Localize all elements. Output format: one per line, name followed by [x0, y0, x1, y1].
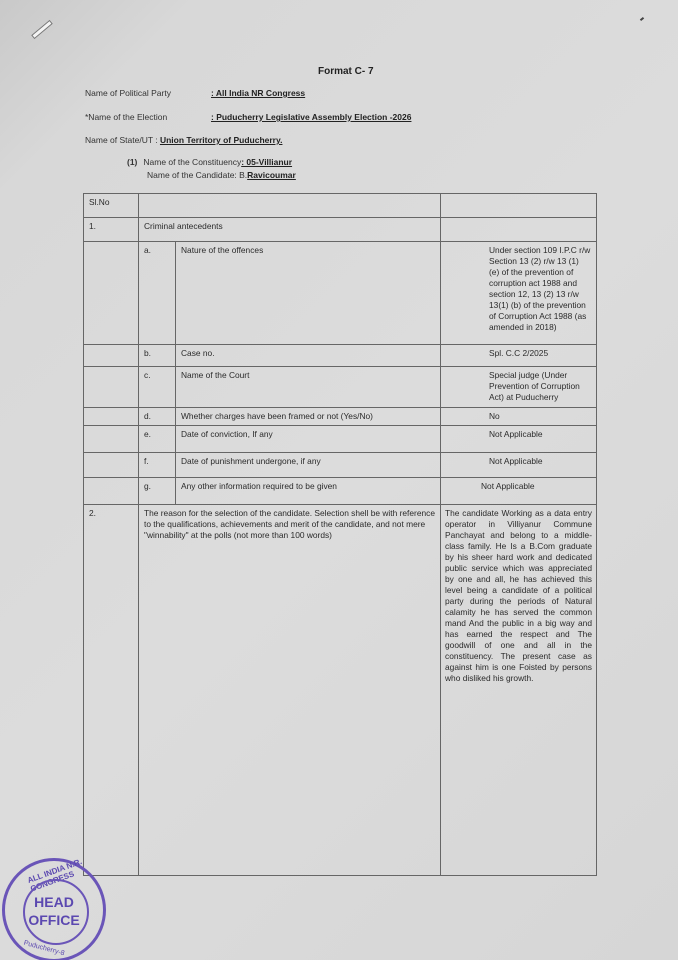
- row-label: Case no.: [176, 345, 441, 367]
- section2-row: 2. The reason for the selection of the c…: [84, 505, 597, 876]
- constituency-line: (1)Name of the Constituency: 05-Villianu…: [127, 157, 292, 167]
- row-key: b.: [139, 345, 176, 367]
- row-key: f.: [139, 453, 176, 478]
- constituency-number: (1): [127, 157, 137, 167]
- empty-cell: [84, 345, 139, 367]
- section1-number: 1.: [84, 218, 139, 242]
- head-office-stamp: ALL INDIA N.R. CONGRESS HEAD OFFICE Pudu…: [2, 858, 106, 960]
- section2-question: The reason for the selection of the cand…: [139, 505, 441, 876]
- candidate-value: Ravicoumar: [247, 170, 296, 180]
- empty-cell: [84, 478, 139, 505]
- row-value: Not Applicable: [441, 453, 597, 478]
- row-label: Date of conviction, If any: [176, 426, 441, 453]
- table-row: a. Nature of the offences Under section …: [84, 242, 597, 345]
- table-header-row: Sl.No: [84, 194, 597, 218]
- criminal-antecedents-table: Sl.No 1. Criminal antecedents a. Nature …: [83, 193, 597, 876]
- row-value: No: [441, 408, 597, 426]
- state-value: Union Territory of Puducherry.: [160, 135, 282, 145]
- state-line: Name of State/UT : Union Territory of Pu…: [85, 135, 282, 145]
- row-label: Whether charges have been framed or not …: [176, 408, 441, 426]
- section2-number: 2.: [84, 505, 139, 876]
- constituency-label: Name of the Constituency: [143, 157, 241, 167]
- row-key: g.: [139, 478, 176, 505]
- state-label: Name of State/UT :: [85, 135, 160, 145]
- election-value: : Puducherry Legislative Assembly Electi…: [211, 112, 411, 122]
- stamp-line2: OFFICE: [5, 912, 103, 928]
- empty-cell: [84, 453, 139, 478]
- section2-answer: The candidate Working as a data entry op…: [441, 505, 597, 876]
- row-value: Not Applicable: [441, 426, 597, 453]
- empty-cell: [84, 367, 139, 408]
- candidate-label: Name of the Candidate: B.: [147, 170, 247, 180]
- party-line: Name of Political Party: All India NR Co…: [85, 88, 305, 98]
- row-value: Under section 109 I.P.C r/w Section 13 (…: [441, 242, 597, 345]
- staple-mark: [31, 20, 53, 39]
- row-value: Special judge (Under Prevention of Corru…: [441, 367, 597, 408]
- election-line: *Name of the Election: Puducherry Legisl…: [85, 112, 411, 122]
- section1-blank: [441, 218, 597, 242]
- party-value: : All India NR Congress: [211, 88, 305, 98]
- paper-speck: [640, 17, 644, 21]
- header-blank-1: [139, 194, 441, 218]
- table-row: d. Whether charges have been framed or n…: [84, 408, 597, 426]
- election-label: *Name of the Election: [85, 112, 211, 122]
- candidate-line: Name of the Candidate: B.Ravicoumar: [147, 170, 296, 180]
- empty-cell: [84, 242, 139, 345]
- row-key: c.: [139, 367, 176, 408]
- party-label: Name of Political Party: [85, 88, 211, 98]
- section1-title: Criminal antecedents: [139, 218, 441, 242]
- form-title: Format C- 7: [318, 66, 374, 77]
- table-row: b. Case no. Spl. C.C 2/2025: [84, 345, 597, 367]
- row-key: d.: [139, 408, 176, 426]
- row-label: Any other information required to be giv…: [176, 478, 441, 505]
- row-key: a.: [139, 242, 176, 345]
- stamp-line1: HEAD: [5, 894, 103, 910]
- table-row: g. Any other information required to be …: [84, 478, 597, 505]
- header-blank-2: [441, 194, 597, 218]
- table-row: e. Date of conviction, If any Not Applic…: [84, 426, 597, 453]
- row-label: Name of the Court: [176, 367, 441, 408]
- row-value: Spl. C.C 2/2025: [441, 345, 597, 367]
- empty-cell: [84, 426, 139, 453]
- table-row: f. Date of punishment undergone, if any …: [84, 453, 597, 478]
- row-label: Nature of the offences: [176, 242, 441, 345]
- empty-cell: [84, 408, 139, 426]
- row-value: Not Applicable: [441, 478, 597, 505]
- row-key: e.: [139, 426, 176, 453]
- section1-row: 1. Criminal antecedents: [84, 218, 597, 242]
- slno-header: Sl.No: [84, 194, 139, 218]
- constituency-value: : 05-Villianur: [241, 157, 292, 167]
- row-label: Date of punishment undergone, if any: [176, 453, 441, 478]
- table-row: c. Name of the Court Special judge (Unde…: [84, 367, 597, 408]
